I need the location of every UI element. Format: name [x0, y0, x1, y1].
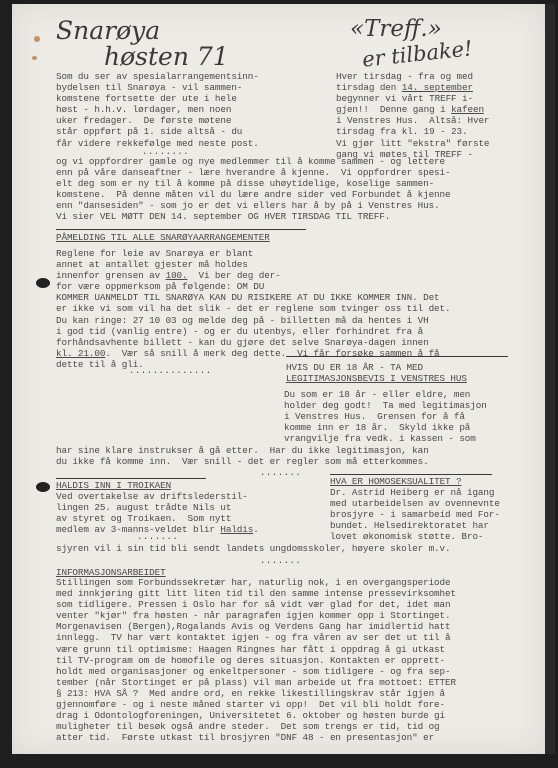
section-heading-legitimasjon-1: HVIS DU ER 18 ÅR - TA MED — [286, 362, 423, 373]
punch-hole — [36, 482, 50, 492]
informasjon-paragraph: Stillingen som Forbundssekretær har, nat… — [56, 577, 456, 743]
section-heading-troikaen: HALDIS INN I TROIKAEN — [56, 480, 171, 491]
treff-paragraph: og vi oppfordrer gamle og nye medlemmer … — [56, 156, 451, 223]
handwritten-title-hosten: høsten 71 — [104, 42, 229, 71]
treff-announcement: Hver tirsdag - fra og med tirsdag den 14… — [336, 71, 489, 160]
separator-dots: ....... — [260, 556, 301, 566]
rule — [286, 356, 508, 357]
separator-dots: .............. — [129, 366, 212, 376]
homoseksualitet-paragraph-cont: sjyren vil i sin tid bli sendt landets u… — [56, 543, 451, 554]
rule — [330, 474, 492, 475]
intro-paragraph: Som du ser av spesialarrangementsinn- by… — [56, 71, 259, 149]
troikaen-paragraph: Ved overtakelse av driftslederstil- ling… — [56, 491, 259, 535]
homoseksualitet-paragraph: Dr. Astrid Heiberg er nå igang med utarb… — [330, 487, 500, 542]
separator-dots: ....... — [260, 468, 301, 478]
rust-stain — [34, 36, 40, 42]
handwritten-title-treff: «Treff.» — [350, 16, 442, 42]
legitimasjon-paragraph: Du som er 18 år - eller eldre, men holde… — [284, 389, 487, 444]
rule — [56, 478, 206, 479]
punch-hole — [36, 278, 50, 288]
rule — [56, 229, 306, 230]
legitimasjon-paragraph-cont: har sine klare instrukser å gå etter. Ha… — [56, 445, 429, 467]
handwritten-title-snaroya: Snarøya — [56, 16, 160, 45]
pamelding-paragraph: Reglene for leie av Snarøya er blant ann… — [56, 248, 451, 370]
separator-dots: ....... — [137, 532, 178, 542]
rust-stain — [32, 56, 37, 60]
section-heading-pamelding: PÅMELDING TIL ALLE SNARØYAARRANGEMENTER — [56, 232, 270, 243]
newsletter-page: Snarøya høsten 71 «Treff.» er tilbake! S… — [12, 4, 545, 754]
section-heading-legitimasjon-2: LEGITIMASJONSBEVIS I VENSTRES HUS — [286, 373, 467, 384]
section-heading-homoseksualitet: HVA ER HOMOSEKSUALITET ? — [330, 476, 462, 487]
